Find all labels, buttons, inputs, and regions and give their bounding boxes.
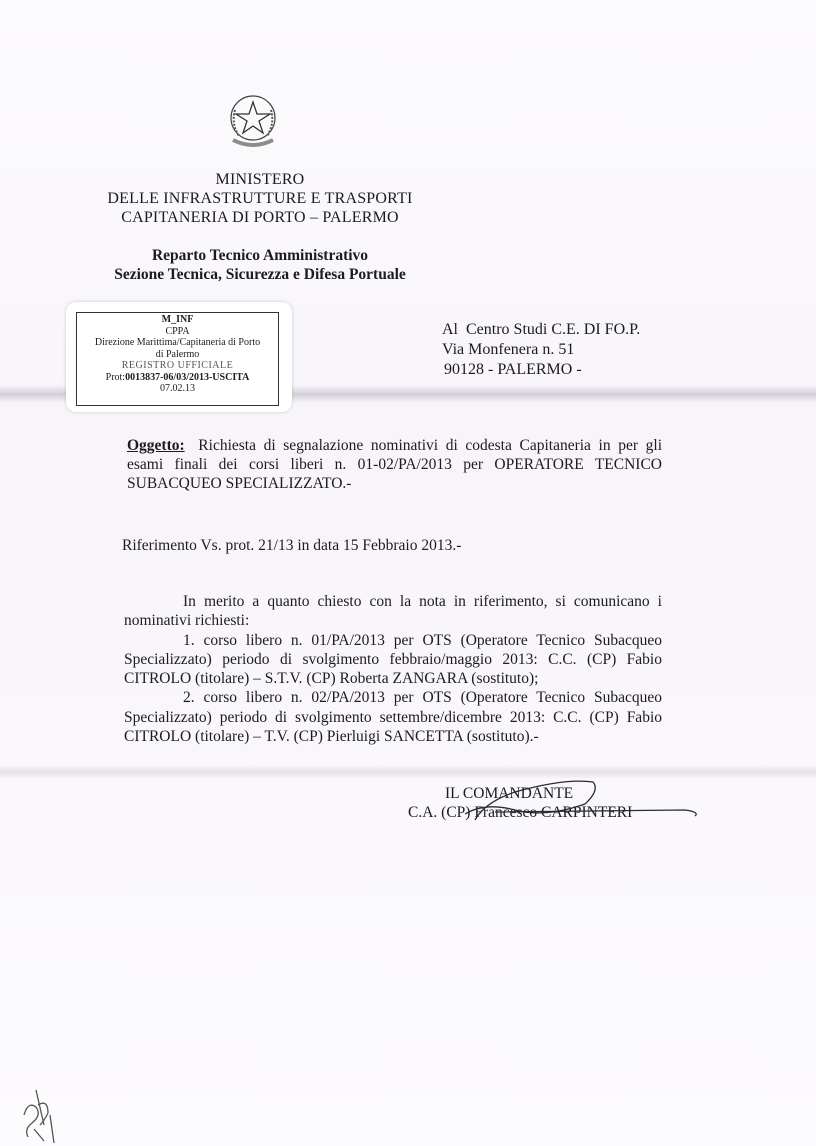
subject-label: Oggetto: (127, 437, 185, 454)
signature-scrawl-icon (395, 772, 715, 832)
stamp-register: REGISTRO UFFICIALE (77, 360, 278, 372)
ministry-line: CAPITANERIA DI PORTO – PALERMO (60, 208, 460, 227)
italian-republic-emblem-icon (225, 90, 281, 156)
stamp-prot-number: 0013837-06/03/2013-USCITA (125, 372, 249, 383)
ministry-heading: MINISTERO DELLE INFRASTRUTTURE E TRASPOR… (60, 170, 460, 227)
body-item: 1. corso libero n. 01/PA/2013 per OTS (O… (124, 631, 662, 689)
department-line: Reparto Tecnico Amministrativo (60, 246, 460, 265)
department-line: Sezione Tecnica, Sicurezza e Difesa Port… (60, 265, 460, 284)
stamp-code: M_INF (77, 314, 278, 326)
handwritten-initials-icon (14, 1085, 64, 1145)
ministry-line: MINISTERO (60, 170, 460, 189)
subject-block: Oggetto: Richiesta di segnalazione nomin… (127, 436, 662, 493)
body-intro: In merito a quanto chiesto con la nota i… (124, 592, 662, 631)
stamp-office: di Palermo (77, 349, 278, 361)
ministry-line: DELLE INFRASTRUTTURE E TRASPORTI (60, 189, 460, 208)
recipient-prefix: Al (442, 321, 458, 338)
recipient-street: Via Monfenera n. 51 (442, 340, 640, 360)
stamp-date: 07.02.13 (77, 383, 278, 395)
recipient-name: Centro Studi C.E. DI FO.P. (466, 321, 640, 338)
recipient-address: AlCentro Studi C.E. DI FO.P. Via Monfene… (442, 320, 640, 380)
stamp-unit: CPPA (77, 326, 278, 338)
body-item: 2. corso libero n. 02/PA/2013 per OTS (O… (124, 688, 662, 746)
protocol-stamp: M_INF CPPA Direzione Marittima/Capitaner… (76, 312, 279, 406)
stamp-prot-prefix: Prot: (106, 372, 125, 383)
recipient-city: 90128 - PALERMO - (442, 360, 640, 380)
department-heading: Reparto Tecnico Amministrativo Sezione T… (60, 246, 460, 284)
stamp-office: Direzione Marittima/Capitaneria di Porto (77, 337, 278, 349)
stamp-protocol: Prot:0013837-06/03/2013-USCITA (77, 372, 278, 384)
reference-line: Riferimento Vs. prot. 21/13 in data 15 F… (122, 536, 461, 555)
letter-body: In merito a quanto chiesto con la nota i… (124, 592, 662, 746)
subject-text: Richiesta di segnalazione nominativi di … (127, 437, 662, 492)
